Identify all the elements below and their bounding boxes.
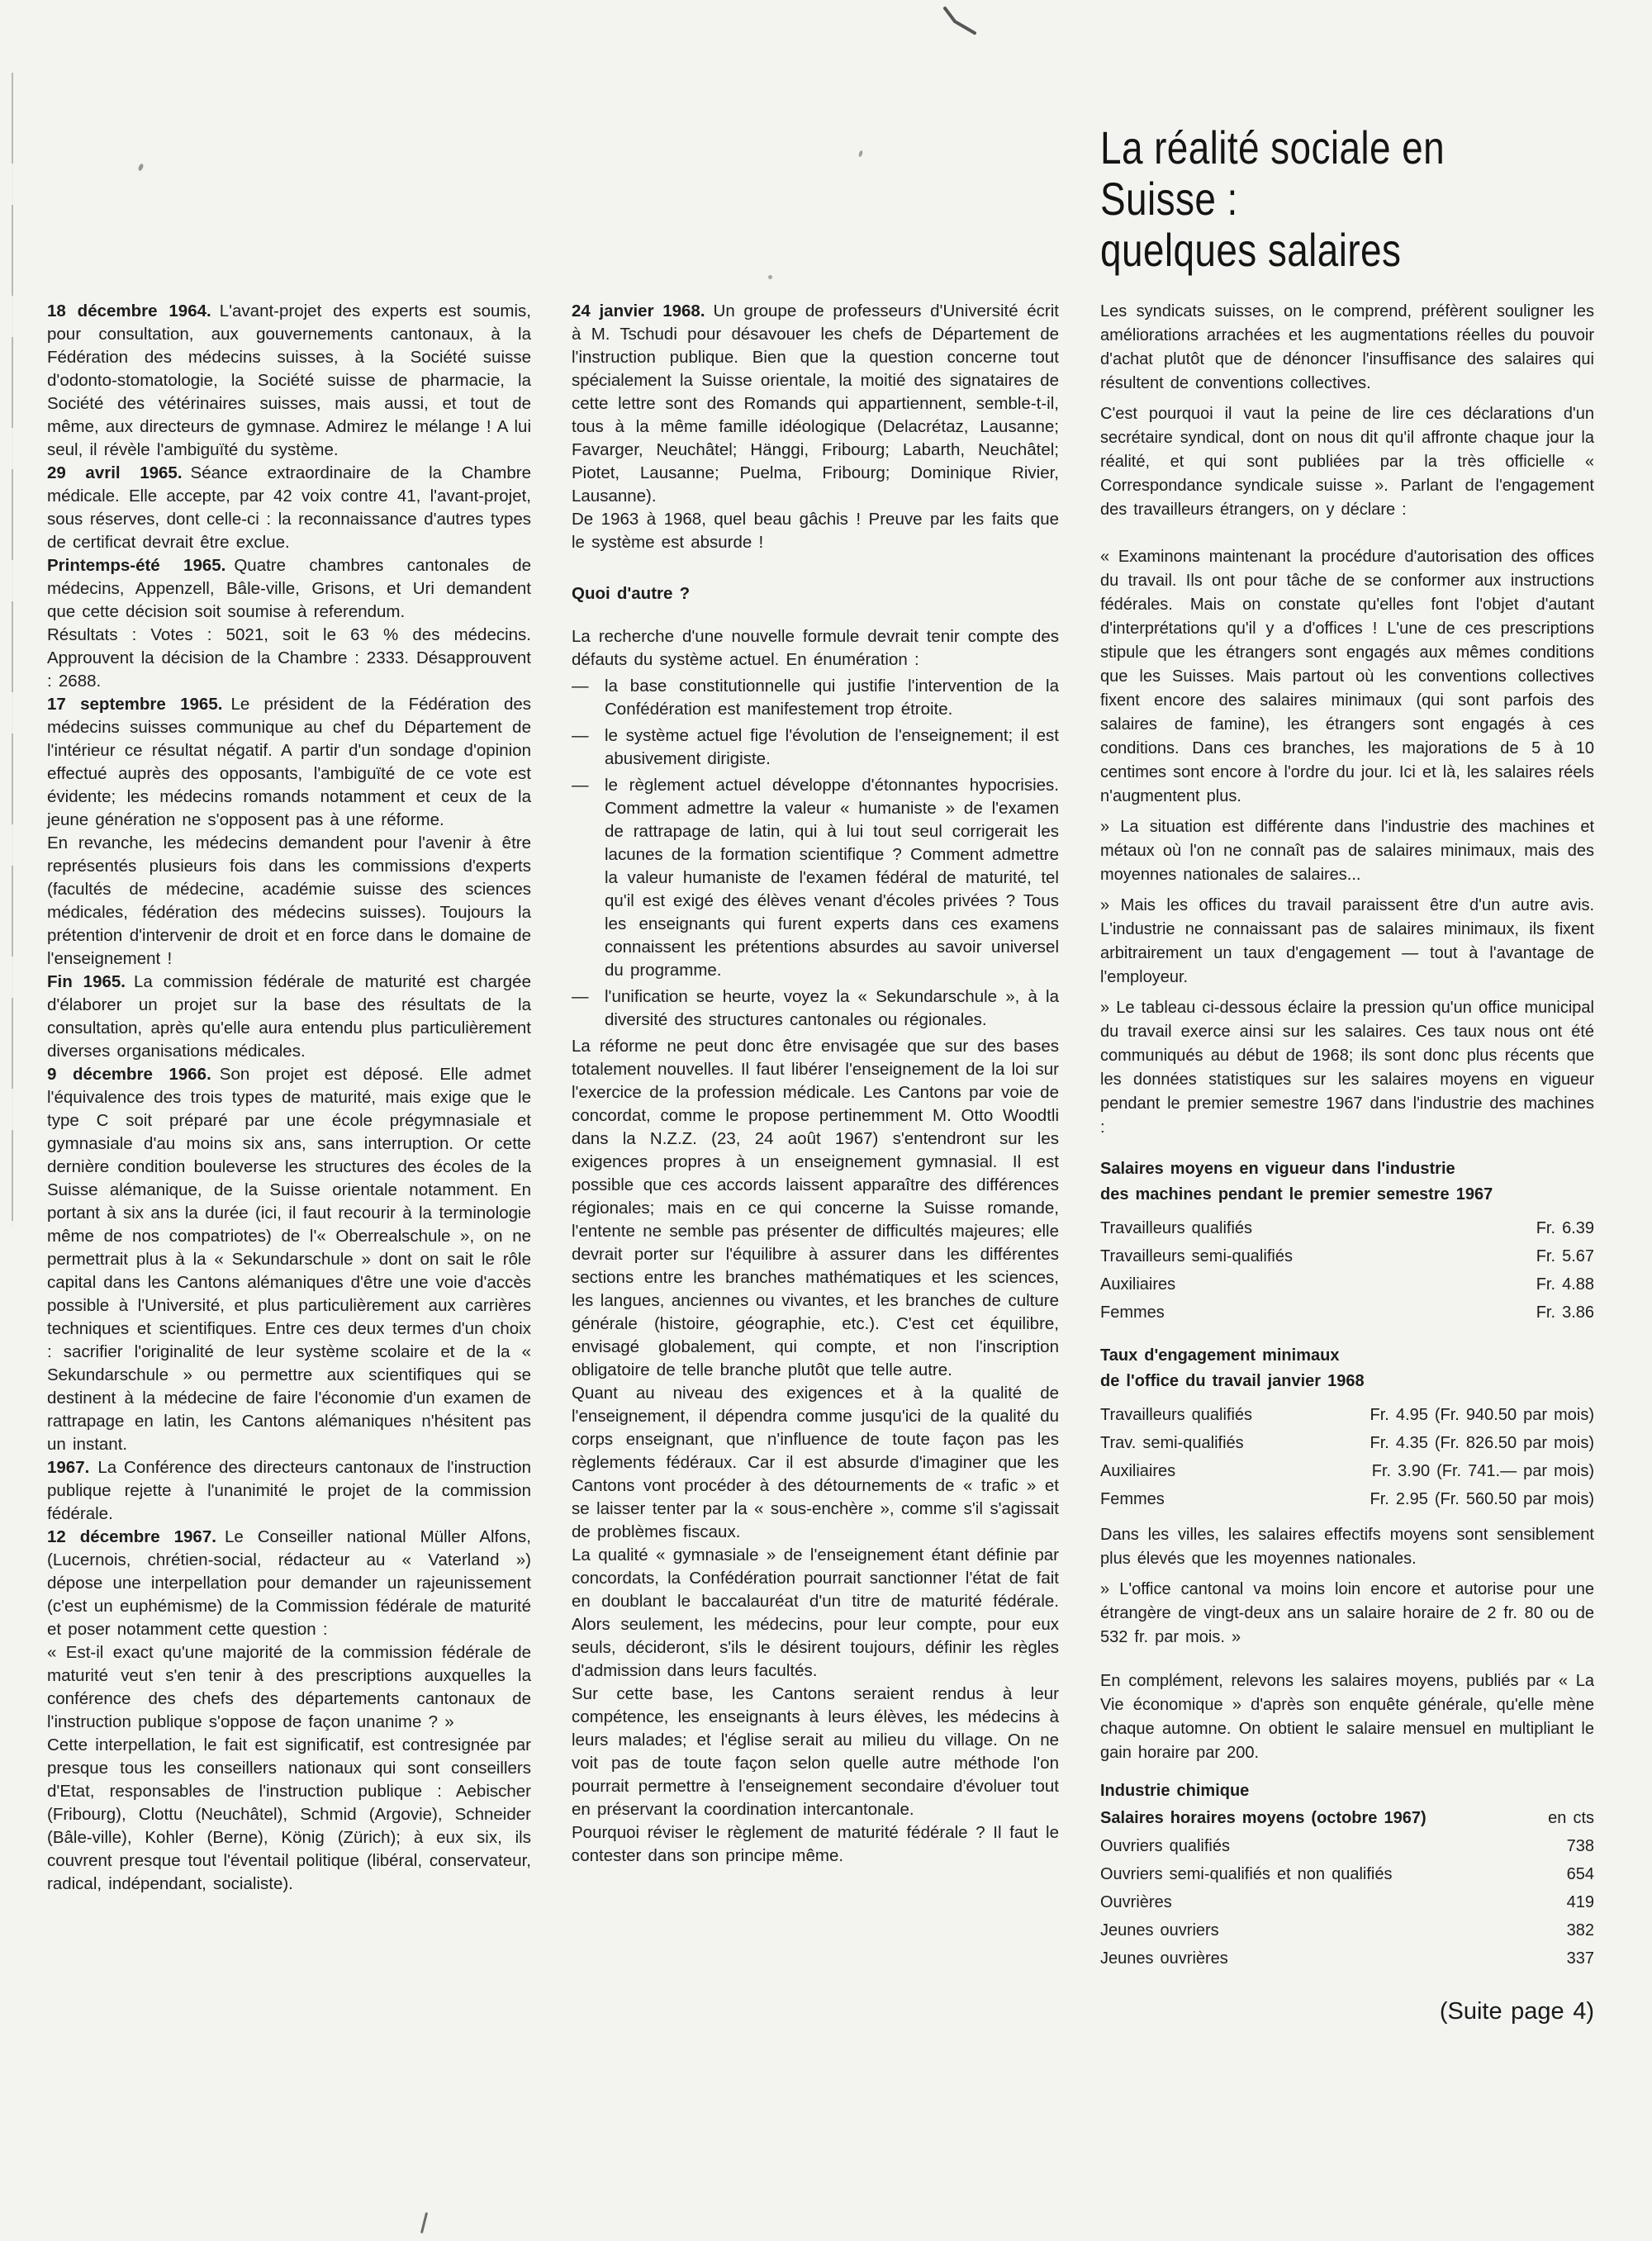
table-row: Jeunes ouvriers382: [1100, 1916, 1594, 1944]
paragraph-text: La qualité « gymnasiale » de l'enseignem…: [572, 1545, 1059, 1680]
table-row: AuxiliairesFr. 4.88: [1100, 1270, 1594, 1299]
date-lead: 9 décembre 1966.: [47, 1065, 220, 1084]
article-title-line: Suisse :: [1100, 173, 1652, 225]
table-title-line: Salaires moyens en vigueur dans l'indust…: [1100, 1156, 1594, 1182]
magazine-page: La réalité sociale enSuisse :quelques sa…: [0, 0, 1652, 2241]
paragraph: 24 janvier 1968.Un groupe de professeurs…: [572, 300, 1059, 508]
scan-artifact-check-mark: [940, 0, 978, 40]
table-row: Jeunes ouvrières337: [1100, 1944, 1594, 1973]
table-row-label: Jeunes ouvriers: [1100, 1916, 1219, 1944]
column-left: 18 décembre 1964.L'avant-projet des expe…: [47, 300, 531, 1896]
article-title-line: La réalité sociale en: [1100, 122, 1652, 173]
table-title: Salaires moyens en vigueur dans l'indust…: [1100, 1156, 1594, 1208]
table-row: Travailleurs qualifiésFr. 6.39: [1100, 1214, 1594, 1242]
table-row-label: Travailleurs qualifiés: [1100, 1214, 1252, 1242]
table-row-value: Fr. 2.95 (Fr. 560.50 par mois): [1370, 1485, 1595, 1513]
paragraph: 9 décembre 1966.Son projet est déposé. E…: [47, 1063, 531, 1456]
table-row-label: Travailleurs semi-qualifiés: [1100, 1242, 1293, 1270]
list-item: —la base constitutionnelle qui justifie …: [572, 675, 1059, 721]
paragraph: 18 décembre 1964.L'avant-projet des expe…: [47, 300, 531, 462]
paragraph: « Examinons maintenant la procédure d'au…: [1100, 545, 1594, 809]
paragraph-text: La réforme ne peut donc être envisagée q…: [572, 1037, 1059, 1379]
date-lead: Fin 1965.: [47, 972, 134, 991]
table-row-label: Auxiliaires: [1100, 1270, 1175, 1299]
table-row-value: 654: [1567, 1860, 1594, 1888]
table-title-line: Taux d'engagement minimaux: [1100, 1343, 1594, 1369]
table-row-label: Ouvriers qualifiés: [1100, 1832, 1230, 1860]
paragraph-text: » Le tableau ci-dessous éclaire la press…: [1100, 999, 1594, 1137]
table-row: Ouvriers qualifiés738: [1100, 1832, 1594, 1860]
table-row: Trav. semi-qualifiésFr. 4.35 (Fr. 826.50…: [1100, 1429, 1594, 1457]
table-row: Travailleurs semi-qualifiésFr. 5.67: [1100, 1242, 1594, 1270]
table-row: AuxiliairesFr. 3.90 (Fr. 741.— par mois): [1100, 1457, 1594, 1485]
paragraph-text: Un groupe de professeurs d'Université éc…: [572, 301, 1059, 506]
paragraph: La recherche d'une nouvelle formule devr…: [572, 625, 1059, 672]
article-title: La réalité sociale enSuisse :quelques sa…: [1100, 122, 1652, 276]
table-row: FemmesFr. 2.95 (Fr. 560.50 par mois): [1100, 1485, 1594, 1513]
paragraph: Quant au niveau des exigences et à la qu…: [572, 1382, 1059, 1544]
table-row-label: Jeunes ouvrières: [1100, 1944, 1228, 1973]
date-lead: 18 décembre 1964.: [47, 301, 220, 320]
paragraph-text: Les syndicats suisses, on le comprend, p…: [1100, 302, 1594, 392]
paragraph-text: Pourquoi réviser le règlement de maturit…: [572, 1823, 1059, 1865]
paragraph-text: C'est pourquoi il vaut la peine de lire …: [1100, 405, 1594, 519]
paragraph-text: L'avant-projet des experts est soumis, p…: [47, 301, 531, 459]
list-item: —le règlement actuel développe d'étonnan…: [572, 774, 1059, 982]
paragraph-text: Cette interpellation, le fait est signif…: [47, 1735, 531, 1893]
table-title: Taux d'engagement minimauxde l'office du…: [1100, 1343, 1594, 1394]
paragraph-text: En revanche, les médecins demandent pour…: [47, 833, 531, 968]
table-row-label: Auxiliaires: [1100, 1457, 1175, 1485]
table-row: Ouvrières419: [1100, 1888, 1594, 1916]
paragraph-text: En complément, relevons les salaires moy…: [1100, 1672, 1594, 1762]
table-row-value: Fr. 3.86: [1536, 1299, 1594, 1327]
table-title-line: de l'office du travail janvier 1968: [1100, 1369, 1594, 1394]
table-row-value: 419: [1567, 1888, 1594, 1916]
table-title: Industrie chimique: [1100, 1778, 1594, 1804]
paragraph: » Le tableau ci-dessous éclaire la press…: [1100, 996, 1594, 1140]
paragraph: » L'office cantonal va moins loin encore…: [1100, 1578, 1594, 1650]
paragraph-text: La Conférence des directeurs cantonaux d…: [47, 1458, 531, 1523]
paragraph-text: Son projet est déposé. Elle admet l'équi…: [47, 1065, 531, 1454]
paragraph: Fin 1965.La commission fédérale de matur…: [47, 971, 531, 1063]
scan-artifact-speck: [858, 150, 863, 158]
list-item: —l'unification se heurte, voyez la « Sek…: [572, 985, 1059, 1032]
scan-artifact-slash: [420, 2212, 428, 2234]
table-row-value: Fr. 4.35 (Fr. 826.50 par mois): [1370, 1429, 1595, 1457]
article-title-line: quelques salaires: [1100, 225, 1652, 276]
table-row-label: Travailleurs qualifiés: [1100, 1401, 1252, 1429]
table-row: FemmesFr. 3.86: [1100, 1299, 1594, 1327]
paragraph-text: La recherche d'une nouvelle formule devr…: [572, 627, 1059, 669]
paragraph-text: Dans les villes, les salaires effectifs …: [1100, 1526, 1594, 1568]
date-lead: 24 janvier 1968.: [572, 301, 714, 320]
paragraph-text: » La situation est différente dans l'ind…: [1100, 818, 1594, 884]
paragraph: Cette interpellation, le fait est signif…: [47, 1734, 531, 1896]
paragraph: 17 septembre 1965.Le président de la Féd…: [47, 693, 531, 832]
paragraph: Pourquoi réviser le règlement de maturit…: [572, 1821, 1059, 1868]
paragraph: 29 avril 1965.Séance extraordinaire de l…: [47, 462, 531, 554]
table-row-value: 738: [1567, 1832, 1594, 1860]
paragraph-text: Le président de la Fédération des médeci…: [47, 695, 531, 829]
table-row: Travailleurs qualifiésFr. 4.95 (Fr. 940.…: [1100, 1401, 1594, 1429]
table-row-label: Ouvriers semi-qualifiés et non qualifiés: [1100, 1860, 1393, 1888]
paragraph-text: « Est-il exact qu'une majorité de la com…: [47, 1643, 531, 1731]
table-row-label: Femmes: [1100, 1485, 1165, 1513]
table-row-value: 337: [1567, 1944, 1594, 1973]
bullet-dash: —: [572, 774, 605, 982]
table-row-value: Fr. 4.95 (Fr. 940.50 par mois): [1370, 1401, 1595, 1429]
paragraph: Résultats : Votes : 5021, soit le 63 % d…: [47, 624, 531, 693]
bullet-dash: —: [572, 675, 605, 721]
table-row-label: Trav. semi-qualifiés: [1100, 1429, 1244, 1457]
paragraph: En complément, relevons les salaires moy…: [1100, 1669, 1594, 1765]
paragraph: En revanche, les médecins demandent pour…: [47, 832, 531, 971]
spacer: [1100, 1513, 1594, 1523]
paragraph-text: « Examinons maintenant la procédure d'au…: [1100, 548, 1594, 805]
paragraph: » La situation est différente dans l'ind…: [1100, 815, 1594, 887]
paragraph: C'est pourquoi il vaut la peine de lire …: [1100, 402, 1594, 522]
paragraph: » Mais les offices du travail paraissent…: [1100, 894, 1594, 990]
table-title-line: des machines pendant le premier semestre…: [1100, 1182, 1594, 1208]
paragraph-text: Quant au niveau des exigences et à la qu…: [572, 1384, 1059, 1541]
table-row-value: 382: [1567, 1916, 1594, 1944]
scan-artifact-vertical-line: [12, 73, 13, 1229]
paragraph-text: De 1963 à 1968, quel beau gâchis ! Preuv…: [572, 510, 1059, 552]
column-right: Les syndicats suisses, on le comprend, p…: [1100, 300, 1594, 2025]
paragraph: La réforme ne peut donc être envisagée q…: [572, 1035, 1059, 1382]
table-row-value: Fr. 3.90 (Fr. 741.— par mois): [1372, 1457, 1594, 1485]
list-item-text: le système actuel fige l'évolution de l'…: [605, 724, 1059, 771]
date-lead: 17 septembre 1965.: [47, 695, 230, 714]
list-item-text: l'unification se heurte, voyez la « Seku…: [605, 985, 1059, 1032]
table-row-label: Ouvrières: [1100, 1888, 1172, 1916]
paragraph: Dans les villes, les salaires effectifs …: [1100, 1523, 1594, 1571]
paragraph: De 1963 à 1968, quel beau gâchis ! Preuv…: [572, 508, 1059, 554]
date-lead: 29 avril 1965.: [47, 463, 191, 482]
paragraph-text: Sur cette base, les Cantons seraient ren…: [572, 1684, 1059, 1819]
table-row: Ouvriers semi-qualifiés et non qualifiés…: [1100, 1860, 1594, 1888]
date-lead: Printemps-été 1965.: [47, 556, 234, 575]
table-header-label: Salaires horaires moyens (octobre 1967): [1100, 1804, 1427, 1832]
column-middle: 24 janvier 1968.Un groupe de professeurs…: [572, 300, 1059, 1868]
paragraph: Les syndicats suisses, on le comprend, p…: [1100, 300, 1594, 396]
scan-artifact-speck: [768, 275, 772, 279]
table-header-row: Salaires horaires moyens (octobre 1967)e…: [1100, 1804, 1594, 1832]
continuation-note: (Suite page 4): [1100, 1997, 1594, 2025]
paragraph: 1967.La Conférence des directeurs canton…: [47, 1456, 531, 1526]
list-item-text: la base constitutionnelle qui justifie l…: [605, 675, 1059, 721]
scan-artifact-speck: [137, 163, 144, 171]
list-item-text: le règlement actuel développe d'étonnant…: [605, 774, 1059, 982]
paragraph: 12 décembre 1967.Le Conseiller national …: [47, 1526, 531, 1641]
table-row-value: Fr. 4.88: [1536, 1270, 1594, 1299]
paragraph: La qualité « gymnasiale » de l'enseignem…: [572, 1544, 1059, 1683]
paragraph: Sur cette base, les Cantons seraient ren…: [572, 1683, 1059, 1821]
spacer: [1100, 529, 1594, 545]
bullet-dash: —: [572, 724, 605, 771]
bullet-dash: —: [572, 985, 605, 1032]
table-header-unit: en cts: [1548, 1804, 1594, 1832]
table-title-line: Industrie chimique: [1100, 1778, 1594, 1804]
section-heading: Quoi d'autre ?: [572, 582, 1059, 605]
paragraph-text: » L'office cantonal va moins loin encore…: [1100, 1580, 1594, 1646]
paragraph-text: Résultats : Votes : 5021, soit le 63 % d…: [47, 625, 531, 691]
table-row-value: Fr. 5.67: [1536, 1242, 1594, 1270]
table-row-label: Femmes: [1100, 1299, 1165, 1327]
date-lead: 1967.: [47, 1458, 97, 1477]
list-item: —le système actuel fige l'évolution de l…: [572, 724, 1059, 771]
date-lead: 12 décembre 1967.: [47, 1527, 225, 1546]
paragraph: Printemps-été 1965.Quatre chambres canto…: [47, 554, 531, 624]
spacer: [1100, 1656, 1594, 1669]
paragraph-text: » Mais les offices du travail paraissent…: [1100, 896, 1594, 986]
table-row-value: Fr. 6.39: [1536, 1214, 1594, 1242]
paragraph: « Est-il exact qu'une majorité de la com…: [47, 1641, 531, 1734]
